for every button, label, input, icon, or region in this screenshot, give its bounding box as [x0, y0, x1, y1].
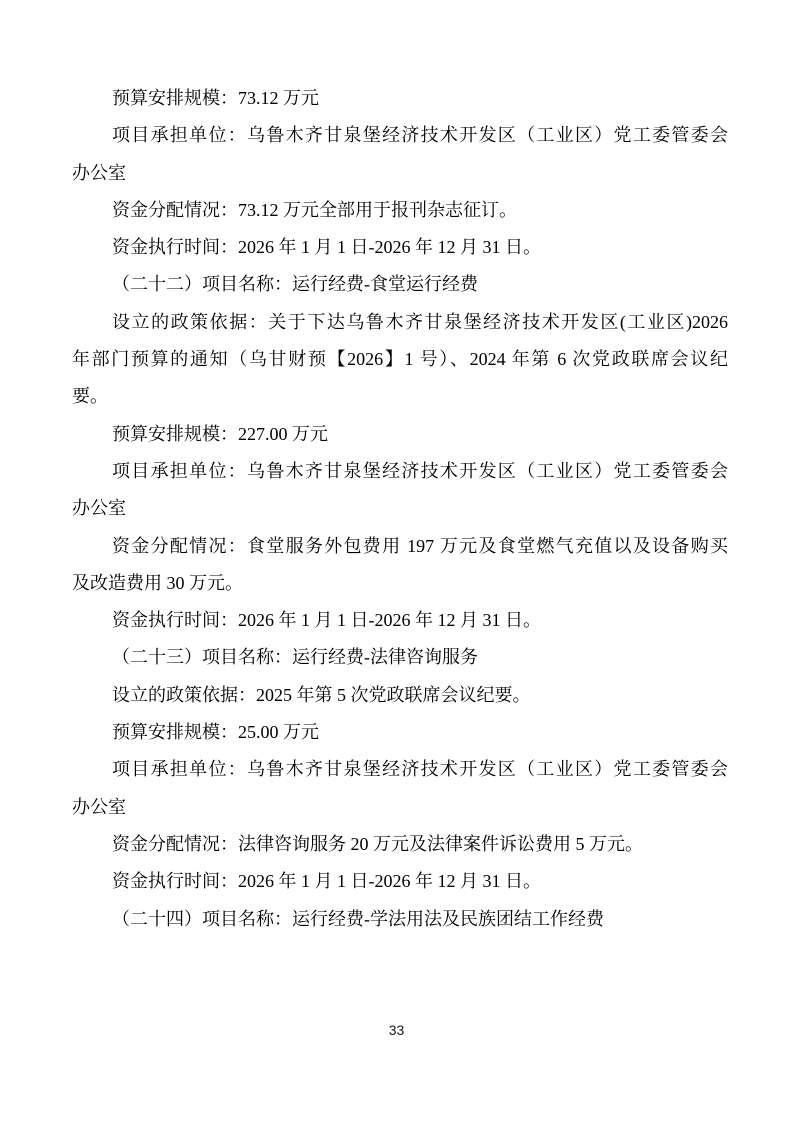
text-line: 及改造费用 30 万元。: [72, 565, 728, 602]
text-line: 预算安排规模：25.00 万元: [72, 714, 728, 751]
document-body: 预算安排规模：73.12 万元项目承担单位：乌鲁木齐甘泉堡经济技术开发区（工业区…: [72, 80, 728, 938]
text-line: 资金执行时间：2026 年 1 月 1 日-2026 年 12 月 31 日。: [72, 863, 728, 900]
page-footer: 33: [0, 1022, 793, 1040]
text-line: 办公室: [72, 155, 728, 192]
text-line: 资金分配情况：法律咨询服务 20 万元及法律案件诉讼费用 5 万元。: [72, 826, 728, 863]
page-number: 33: [389, 1022, 405, 1038]
text-line: 预算安排规模：73.12 万元: [72, 80, 728, 117]
text-line: 资金执行时间：2026 年 1 月 1 日-2026 年 12 月 31 日。: [72, 602, 728, 639]
text-line: 资金分配情况：73.12 万元全部用于报刊杂志征订。: [72, 192, 728, 229]
text-line: 项目承担单位：乌鲁木齐甘泉堡经济技术开发区（工业区）党工委管委会: [72, 751, 728, 788]
text-line: 办公室: [72, 789, 728, 826]
text-line: 资金执行时间：2026 年 1 月 1 日-2026 年 12 月 31 日。: [72, 229, 728, 266]
text-line: 设立的政策依据：2025 年第 5 次党政联席会议纪要。: [72, 677, 728, 714]
document-page: 预算安排规模：73.12 万元项目承担单位：乌鲁木齐甘泉堡经济技术开发区（工业区…: [0, 0, 793, 1122]
text-line: 要。: [72, 378, 728, 415]
text-line: 项目承担单位：乌鲁木齐甘泉堡经济技术开发区（工业区）党工委管委会: [72, 453, 728, 490]
text-line: 项目承担单位：乌鲁木齐甘泉堡经济技术开发区（工业区）党工委管委会: [72, 117, 728, 154]
text-line: （二十二）项目名称：运行经费-食堂运行经费: [72, 266, 728, 303]
text-line: 设立的政策依据：关于下达乌鲁木齐甘泉堡经济技术开发区(工业区)2026: [72, 304, 728, 341]
text-line: 年部门预算的通知（乌甘财预【2026】1 号）、2024 年第 6 次党政联席会…: [72, 341, 728, 378]
text-line: 预算安排规模：227.00 万元: [72, 416, 728, 453]
text-line: （二十四）项目名称：运行经费-学法用法及民族团结工作经费: [72, 901, 728, 938]
text-line: （二十三）项目名称：运行经费-法律咨询服务: [72, 639, 728, 676]
text-line: 资金分配情况：食堂服务外包费用 197 万元及食堂燃气充值以及设备购买: [72, 528, 728, 565]
text-line: 办公室: [72, 490, 728, 527]
